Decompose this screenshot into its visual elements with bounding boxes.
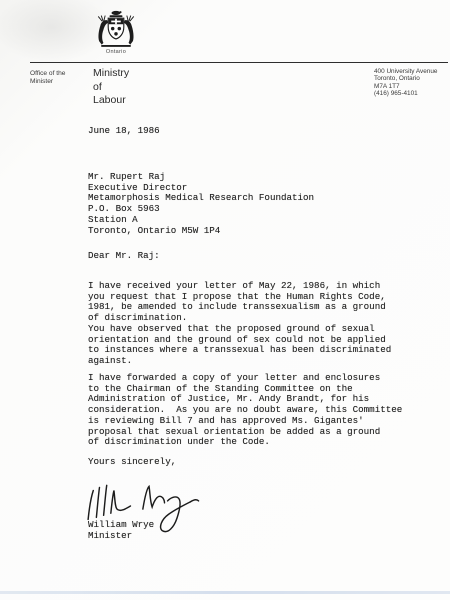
logo-caption: Ontario (84, 49, 148, 55)
letter-date: June 18, 1986 (88, 126, 160, 137)
signature-block: William WryeMinister (88, 520, 154, 541)
signer-name: William Wrye (88, 519, 154, 530)
scan-bottom-edge (0, 591, 450, 594)
closing-line: Yours sincerely, (88, 457, 176, 468)
letterhead-address: 400 University Avenue Toronto, Ontario M… (374, 68, 437, 98)
body-paragraph-2: You have observed that the proposed grou… (88, 324, 391, 367)
ontario-coat-of-arms-icon (90, 9, 142, 49)
ministry-of-labour-title: Ministry of Labour (93, 67, 129, 108)
letterhead-divider (30, 62, 448, 63)
recipient-address-block: Mr. Rupert Raj Executive Director Metamo… (88, 172, 314, 236)
signer-title: Minister (88, 530, 132, 541)
office-of-the-minister-label: Office of the Minister (30, 70, 65, 86)
salutation: Dear Mr. Raj: (88, 251, 160, 262)
body-paragraph-3: I have forwarded a copy of your letter a… (88, 373, 402, 448)
body-paragraph-1: I have received your letter of May 22, 1… (88, 281, 386, 324)
scanned-letter-page: Ontario Office of the Minister Ministry … (0, 0, 450, 600)
